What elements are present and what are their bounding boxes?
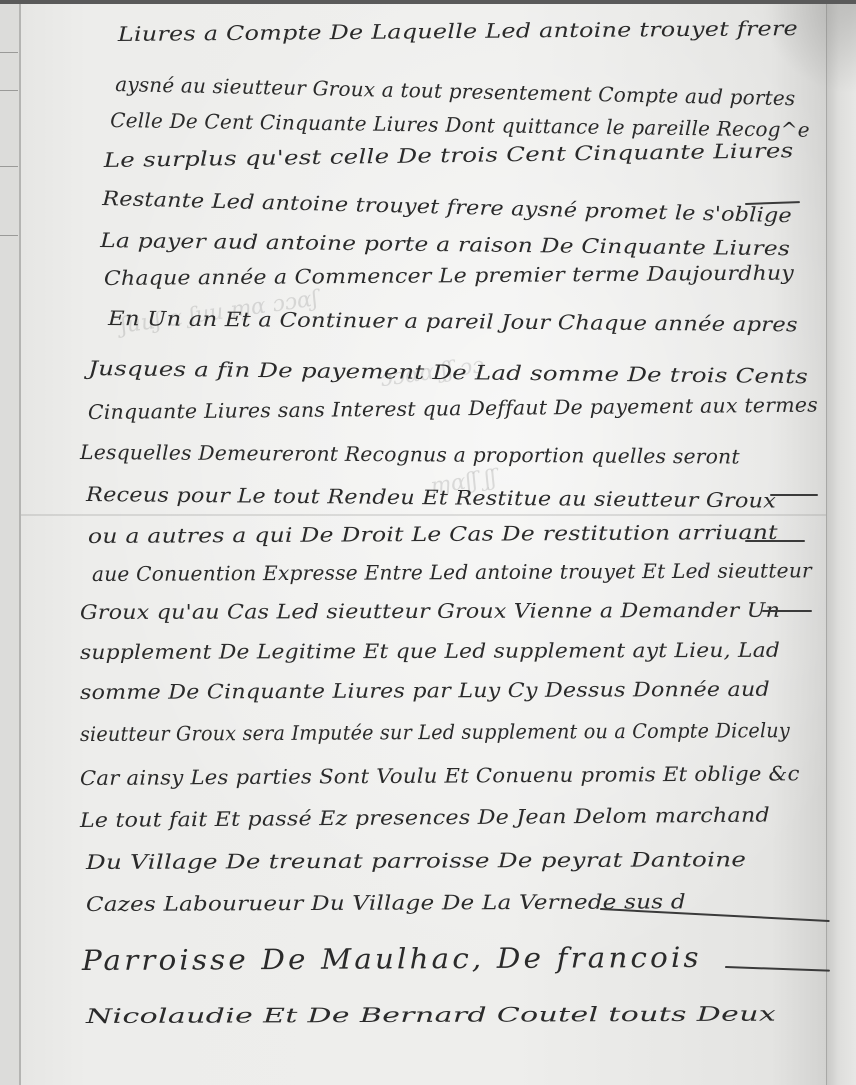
manuscript-line: supplement De Legitime Et que Led supple… xyxy=(80,638,780,664)
gutter-mark xyxy=(0,90,18,91)
manuscript-line: aue Conuention Expresse Entre Led antoin… xyxy=(92,558,812,586)
manuscript-line: ou a autres a qui De Droit Le Cas De res… xyxy=(88,520,778,548)
gutter-mark xyxy=(0,52,18,53)
manuscript-line: somme De Cinquante Liures par Luy Cy Des… xyxy=(80,677,770,704)
manuscript-line: Parroisse De Maulhac, De francois xyxy=(82,941,702,977)
manuscript-line: Nicolaudie Et De Bernard Coutel touts De… xyxy=(86,1002,776,1028)
binding-gutter xyxy=(0,4,21,1085)
line-fill-dash xyxy=(745,540,805,542)
paper-fold-line xyxy=(21,514,836,516)
line-fill-dash xyxy=(762,610,812,612)
manuscript-line: Du Village De treunat parroisse De peyra… xyxy=(86,847,746,874)
manuscript-line: Lesquelles Demeureront Recognus a propor… xyxy=(80,440,740,469)
line-fill-dash xyxy=(770,494,818,496)
gutter-mark xyxy=(0,235,18,236)
manuscript-line: Groux qu'au Cas Led sieutteur Groux Vien… xyxy=(80,598,780,624)
manuscript-line: sieutteur Groux sera Imputée sur Led sup… xyxy=(80,718,790,746)
manuscript-line: Cazes Labourueur Du Village De La Verned… xyxy=(86,889,686,916)
gutter-mark xyxy=(0,166,18,167)
page-right-edge xyxy=(826,4,856,1085)
manuscript-line: Car ainsy Les parties Sont Voulu Et Conu… xyxy=(80,761,800,790)
